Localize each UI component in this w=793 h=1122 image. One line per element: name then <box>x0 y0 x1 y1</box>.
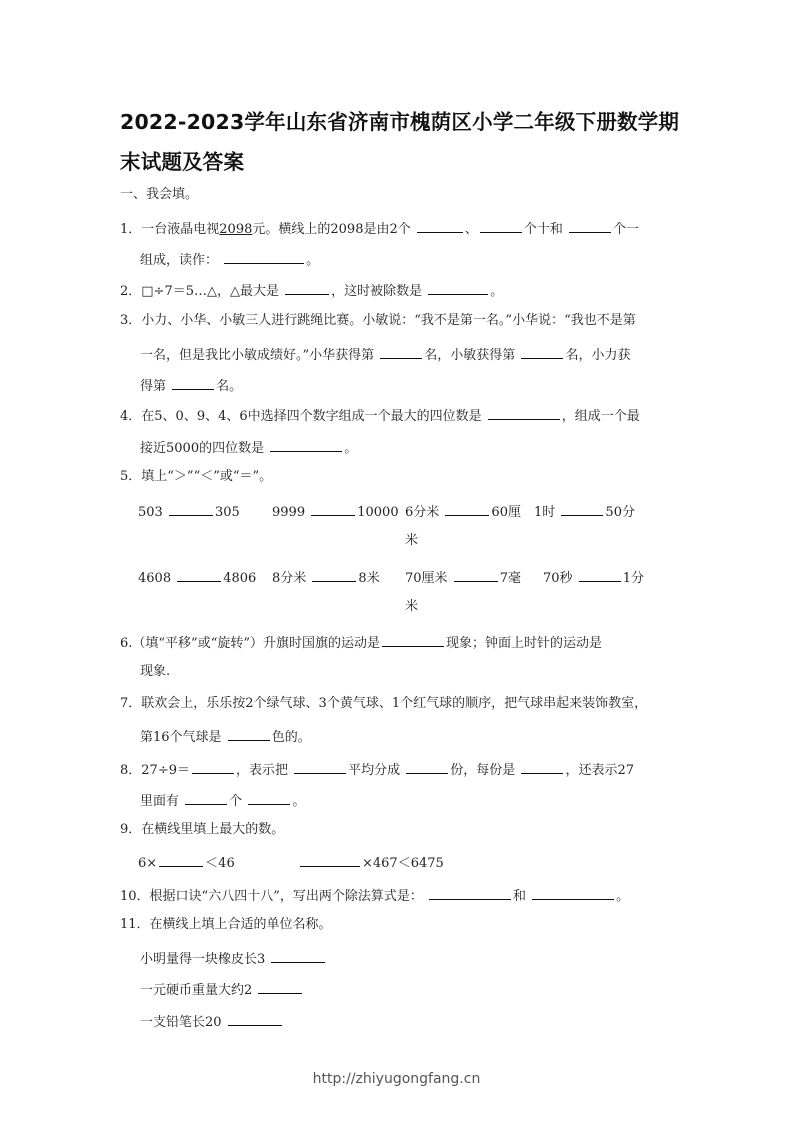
answer-blank[interactable] <box>417 219 463 233</box>
question-6-line-2: 现象. <box>140 664 170 680</box>
answer-blank[interactable] <box>579 568 621 582</box>
compare-item: 4608 4806 <box>138 568 256 587</box>
question-9-item-2: ×467＜6475 <box>298 853 444 872</box>
question-6-line-1: 6.（填“平移”或“旋转”）升旗时国旗的运动是现象；钟面上时针的运动是 <box>120 633 602 652</box>
answer-blank[interactable] <box>521 760 563 774</box>
answer-blank[interactable] <box>445 502 489 516</box>
answer-blank[interactable] <box>224 250 304 264</box>
underlined-number: 2098 <box>219 222 252 237</box>
document-page: 2022-2023学年山东省济南市槐荫区小学二年级下册数学期 末试题及答案 一、… <box>0 0 793 1122</box>
question-8-line-1: 8．27÷9＝，表示把 平均分成 份，每份是 ，还表示27 <box>120 760 634 779</box>
answer-blank[interactable] <box>480 219 522 233</box>
answer-blank[interactable] <box>429 886 511 900</box>
question-1-line-1: 1．一台液晶电视2098元。横线上的2098是由2个 、个十和 个一 <box>120 219 639 238</box>
question-3-line-1: 3．小力、小华、小敏三人进行跳绳比赛。小敏说：“我不是第一名。”小华说：“我也不… <box>120 313 636 329</box>
answer-blank[interactable] <box>271 949 325 963</box>
question-5: 5．填上“＞”“＜”或“＝”。 <box>120 469 272 485</box>
answer-blank[interactable] <box>258 980 302 994</box>
answer-blank[interactable] <box>428 281 488 295</box>
question-9-item-1: 6×＜46 <box>138 853 235 872</box>
answer-blank[interactable] <box>270 438 342 452</box>
answer-blank[interactable] <box>228 1012 282 1026</box>
question-11-item: 小明量得一块橡皮长3 <box>140 949 327 968</box>
answer-blank[interactable] <box>569 219 611 233</box>
page-title: 2022-2023学年山东省济南市槐荫区小学二年级下册数学期 末试题及答案 <box>120 102 680 182</box>
question-3-line-3: 得第 名。 <box>140 376 242 395</box>
wrapped-unit: 米 <box>405 533 418 549</box>
question-10: 10．根据口诀“六八四十八”，写出两个除法算式是： 和 。 <box>120 886 629 905</box>
answer-blank[interactable] <box>406 760 448 774</box>
question-7-line-2: 第16个气球是 色的。 <box>140 727 311 746</box>
answer-blank[interactable] <box>488 406 560 420</box>
answer-blank[interactable] <box>532 886 614 900</box>
answer-blank[interactable] <box>521 345 563 359</box>
answer-blank[interactable] <box>294 760 346 774</box>
wrapped-unit: 米 <box>405 599 418 615</box>
answer-blank[interactable] <box>311 502 355 516</box>
footer-url: http://zhiyugongfang.cn <box>0 1071 793 1087</box>
question-11-item: 一支铅笔长20 <box>140 1012 284 1031</box>
answer-blank[interactable] <box>382 633 444 647</box>
title-line-2: 末试题及答案 <box>120 142 680 182</box>
question-3-line-2: 一名，但是我比小敏成绩好。”小华获得第 名，小敏获得第 名，小力获 <box>140 345 630 364</box>
answer-blank[interactable] <box>192 760 234 774</box>
question-2: 2．□÷7＝5…△，△最大是 ，这时被除数是 。 <box>120 281 503 300</box>
answer-blank[interactable] <box>185 791 227 805</box>
question-1-line-2: 组成，读作： 。 <box>140 250 319 269</box>
answer-blank[interactable] <box>300 853 360 867</box>
answer-blank[interactable] <box>159 853 203 867</box>
question-11-item: 一元硬币重量大约2 <box>140 980 304 999</box>
answer-blank[interactable] <box>561 502 603 516</box>
answer-blank[interactable] <box>380 345 422 359</box>
compare-item: 503 305 <box>138 502 240 521</box>
answer-blank[interactable] <box>285 281 329 295</box>
answer-blank[interactable] <box>169 502 213 516</box>
answer-blank[interactable] <box>172 376 214 390</box>
question-4-line-1: 4．在5、0、9、4、6中选择四个数字组成一个最大的四位数是 ，组成一个最 <box>120 406 640 425</box>
question-4-line-2: 接近5000的四位数是 。 <box>140 438 357 457</box>
answer-blank[interactable] <box>248 791 290 805</box>
answer-blank[interactable] <box>454 568 498 582</box>
question-9: 9．在横线里填上最大的数。 <box>120 822 284 838</box>
title-line-1: 2022-2023学年山东省济南市槐荫区小学二年级下册数学期 <box>120 102 680 142</box>
section-heading: 一、我会填。 <box>120 187 198 203</box>
answer-blank[interactable] <box>228 727 270 741</box>
question-8-line-2: 里面有 个 。 <box>140 791 305 810</box>
compare-item: 1时 50分 <box>534 502 635 521</box>
answer-blank[interactable] <box>177 568 221 582</box>
compare-item: 6分米 60厘 <box>405 502 521 521</box>
compare-item: 70秒 1分 <box>543 568 644 587</box>
compare-item: 9999 10000 <box>272 502 399 521</box>
question-11: 11．在横线上填上合适的单位名称。 <box>120 917 332 933</box>
compare-item: 70厘米 7毫 <box>405 568 521 587</box>
question-7-line-1: 7．联欢会上，乐乐按2个绿气球、3个黄气球、1个红气球的顺序，把气球串起来装饰教… <box>120 696 647 712</box>
compare-item: 8分米 8米 <box>272 568 380 587</box>
answer-blank[interactable] <box>312 568 356 582</box>
